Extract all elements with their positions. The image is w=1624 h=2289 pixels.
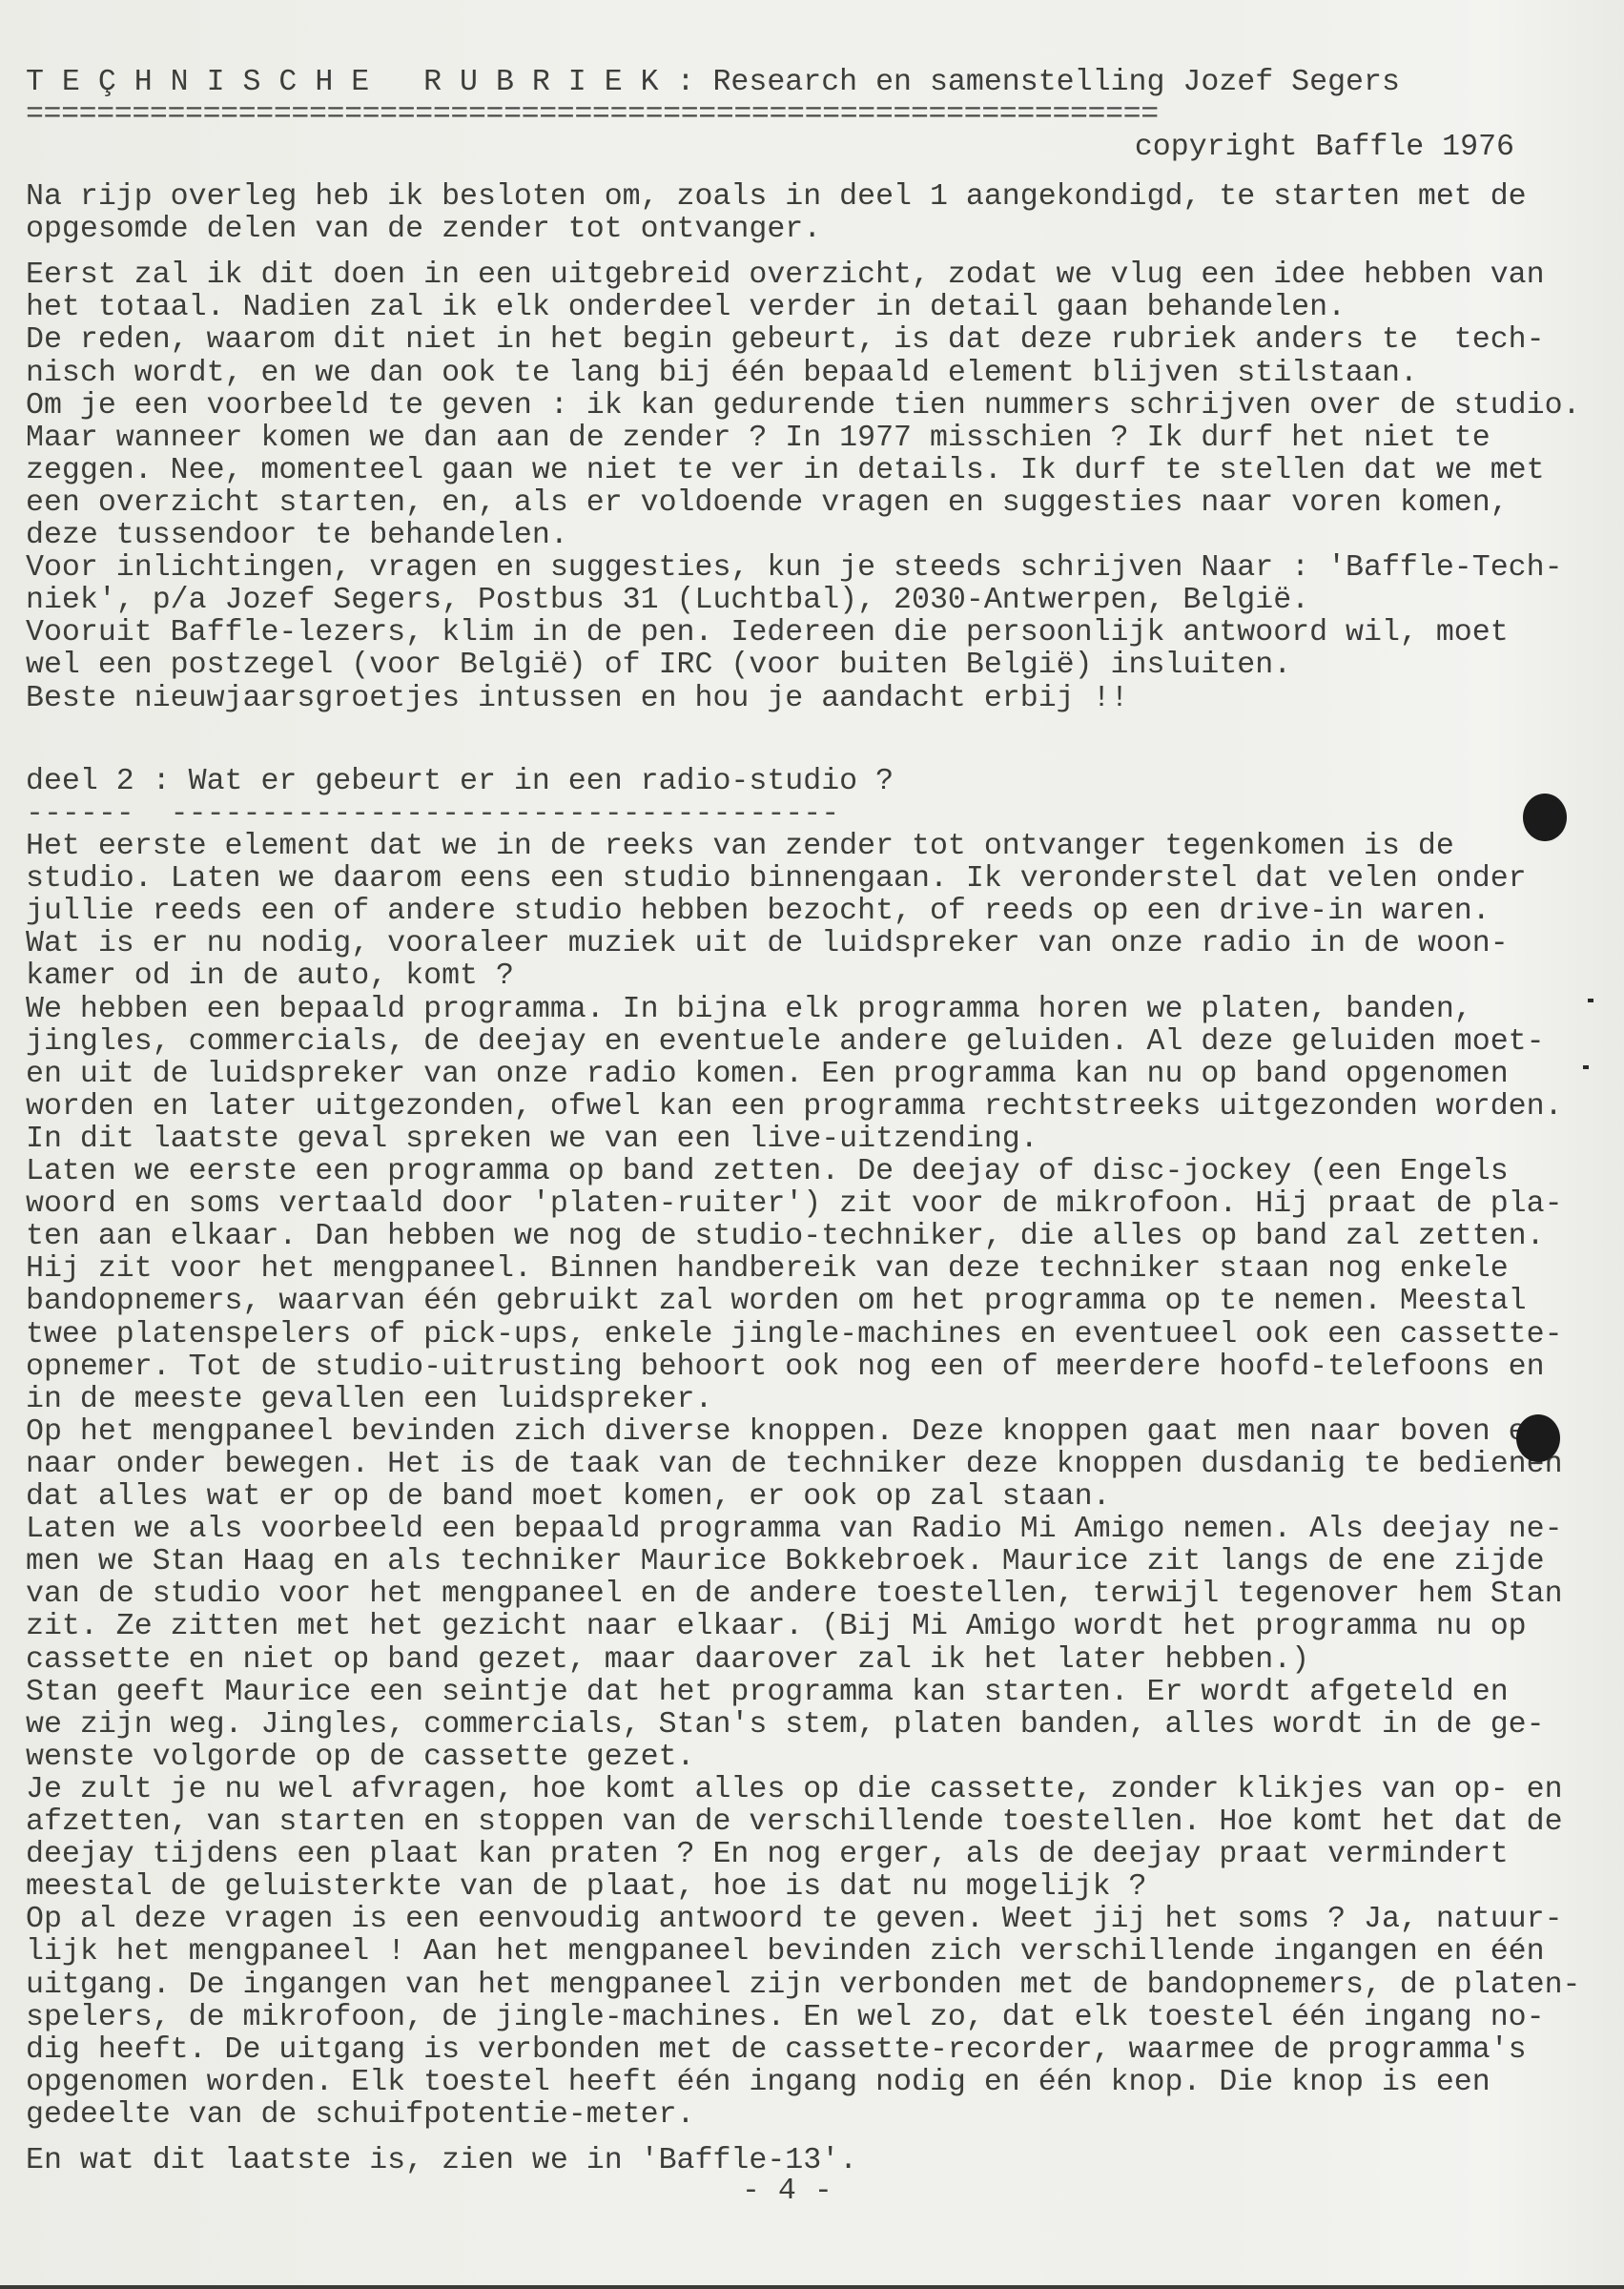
text-line: deze tussendoor te behandelen. (26, 520, 568, 552)
ink-speck (1588, 999, 1593, 1002)
text-line: ten aan elkaar. Dan hebben we nog de stu… (26, 1221, 1545, 1253)
text-line: gedeelte van de schuifpotentie-meter. (26, 2099, 695, 2132)
text-line: Laten we eerste een programma op band ze… (26, 1156, 1509, 1188)
text-line: We hebben een bepaald programma. In bijn… (26, 994, 1472, 1026)
text-line: naar onder bewegen. Het is de taak van d… (26, 1449, 1563, 1481)
text-line: in de meeste gevallen een luidspreker. (26, 1384, 712, 1416)
punch-hole-icon (1516, 1414, 1560, 1462)
text-line: cassette en niet op band gezet, maar daa… (26, 1644, 1309, 1677)
text-line: lijk het mengpaneel ! Aan het mengpaneel… (26, 1936, 1545, 1969)
text-line: bandopnemers, waarvan één gebruikt zal w… (26, 1286, 1527, 1318)
text-line: het totaal. Nadien zal ik elk onderdeel … (26, 292, 1346, 324)
text-line: Vooruit Baffle-lezers, klim in de pen. I… (26, 617, 1509, 650)
text-line: Laten we als voorbeeld een bepaald progr… (26, 1514, 1563, 1546)
text-line: kamer od in de auto, komt ? (26, 960, 514, 993)
column-title: T E Ç H N I S C H E R U B R I E K : Rese… (26, 67, 1400, 99)
text-line: spelers, de mikrofoon, de jingle-machine… (26, 2002, 1545, 2034)
closing-line: En wat dit laatste is, zien we in 'Baffl… (26, 2145, 857, 2177)
text-line: Hij zit voor het mengpaneel. Binnen hand… (26, 1253, 1509, 1286)
text-line: opnemer. Tot de studio-uitrusting behoor… (26, 1351, 1545, 1384)
text-line: een overzicht starten, en, als er voldoe… (26, 487, 1509, 520)
text-line: Na rijp overleg heb ik besloten om, zoal… (26, 181, 1527, 214)
text-line: we zijn weg. Jingles, commercials, Stan'… (26, 1709, 1545, 1742)
text-line: worden en later uitgezonden, ofwel kan e… (26, 1091, 1563, 1124)
text-line: nisch wordt, en we dan ook te lang bij é… (26, 358, 1418, 390)
text-line: van de studio voor het mengpaneel en de … (26, 1578, 1563, 1611)
copyright-notice: copyright Baffle 1976 (1135, 132, 1514, 164)
text-line: Op al deze vragen is een eenvoudig antwo… (26, 1904, 1563, 1936)
page-number: - 4 - (742, 2176, 833, 2208)
text-line: Eerst zal ik dit doen in een uitgebreid … (26, 259, 1545, 292)
text-line: deejay tijdens een plaat kan praten ? En… (26, 1839, 1509, 1871)
text-line: niek', p/a Jozef Segers, Postbus 31 (Luc… (26, 585, 1309, 617)
text-line: meestal de geluisterkte van de plaat, ho… (26, 1871, 1146, 1904)
text-line: wenste volgorde op de cassette gezet. (26, 1742, 695, 1774)
text-line: dat alles wat er op de band moet komen, … (26, 1481, 1111, 1514)
text-line: zeggen. Nee, momenteel gaan we niet te v… (26, 455, 1545, 487)
text-line: opgenomen worden. Elk toestel heeft één … (26, 2067, 1490, 2099)
page-bottom-edge (0, 2285, 1624, 2289)
text-line: uitgang. De ingangen van het mengpaneel … (26, 1969, 1581, 2002)
text-line: woord en soms vertaald door 'platen-ruit… (26, 1188, 1563, 1221)
text-line: twee platenspelers of pick-ups, enkele j… (26, 1319, 1563, 1351)
text-line: De reden, waarom dit niet in het begin g… (26, 324, 1545, 357)
text-line: men we Stan Haag en als techniker Mauric… (26, 1546, 1545, 1578)
section-heading: deel 2 : Wat er gebeurt er in een radio-… (26, 766, 894, 798)
punch-hole-icon (1523, 794, 1567, 841)
text-line: Het eerste element dat we in de reeks va… (26, 831, 1454, 863)
text-line: studio. Laten we daarom eens een studio … (26, 863, 1527, 896)
text-line: Voor inlichtingen, vragen en suggesties,… (26, 552, 1563, 585)
text-line: en uit de luidspreker van onze radio kom… (26, 1059, 1509, 1091)
title-double-rule: ========================================… (26, 99, 1159, 132)
text-line: Beste nieuwjaarsgroetjes intussen en hou… (26, 683, 1129, 715)
text-line: jingles, commercials, de deejay en event… (26, 1026, 1545, 1059)
text-line: Stan geeft Maurice een seintje dat het p… (26, 1677, 1509, 1709)
text-line: In dit laatste geval spreken we van een … (26, 1124, 1038, 1156)
ink-speck (1583, 1065, 1589, 1069)
text-line: Op het mengpaneel bevinden zich diverse … (26, 1416, 1545, 1449)
text-line: wel een postzegel (voor België) of IRC (… (26, 650, 1291, 682)
text-line: Je zult je nu wel afvragen, hoe komt all… (26, 1774, 1563, 1806)
text-line: zit. Ze zitten met het gezicht naar elka… (26, 1611, 1527, 1643)
section-underline: ------ ---------------------------------… (26, 798, 839, 831)
text-line: opgesomde delen van de zender tot ontvan… (26, 214, 821, 246)
text-line: Maar wanneer komen we dan aan de zender … (26, 423, 1490, 455)
text-line: afzetten, van starten en stoppen van de … (26, 1806, 1563, 1839)
text-line: Om je een voorbeeld te geven : ik kan ge… (26, 390, 1581, 423)
text-line: dig heeft. De uitgang is verbonden met d… (26, 2034, 1527, 2067)
text-line: jullie reeds een of andere studio hebben… (26, 896, 1490, 928)
text-line: Wat is er nu nodig, vooraleer muziek uit… (26, 928, 1509, 960)
document-page: T E Ç H N I S C H E R U B R I E K : Rese… (0, 0, 1624, 2289)
